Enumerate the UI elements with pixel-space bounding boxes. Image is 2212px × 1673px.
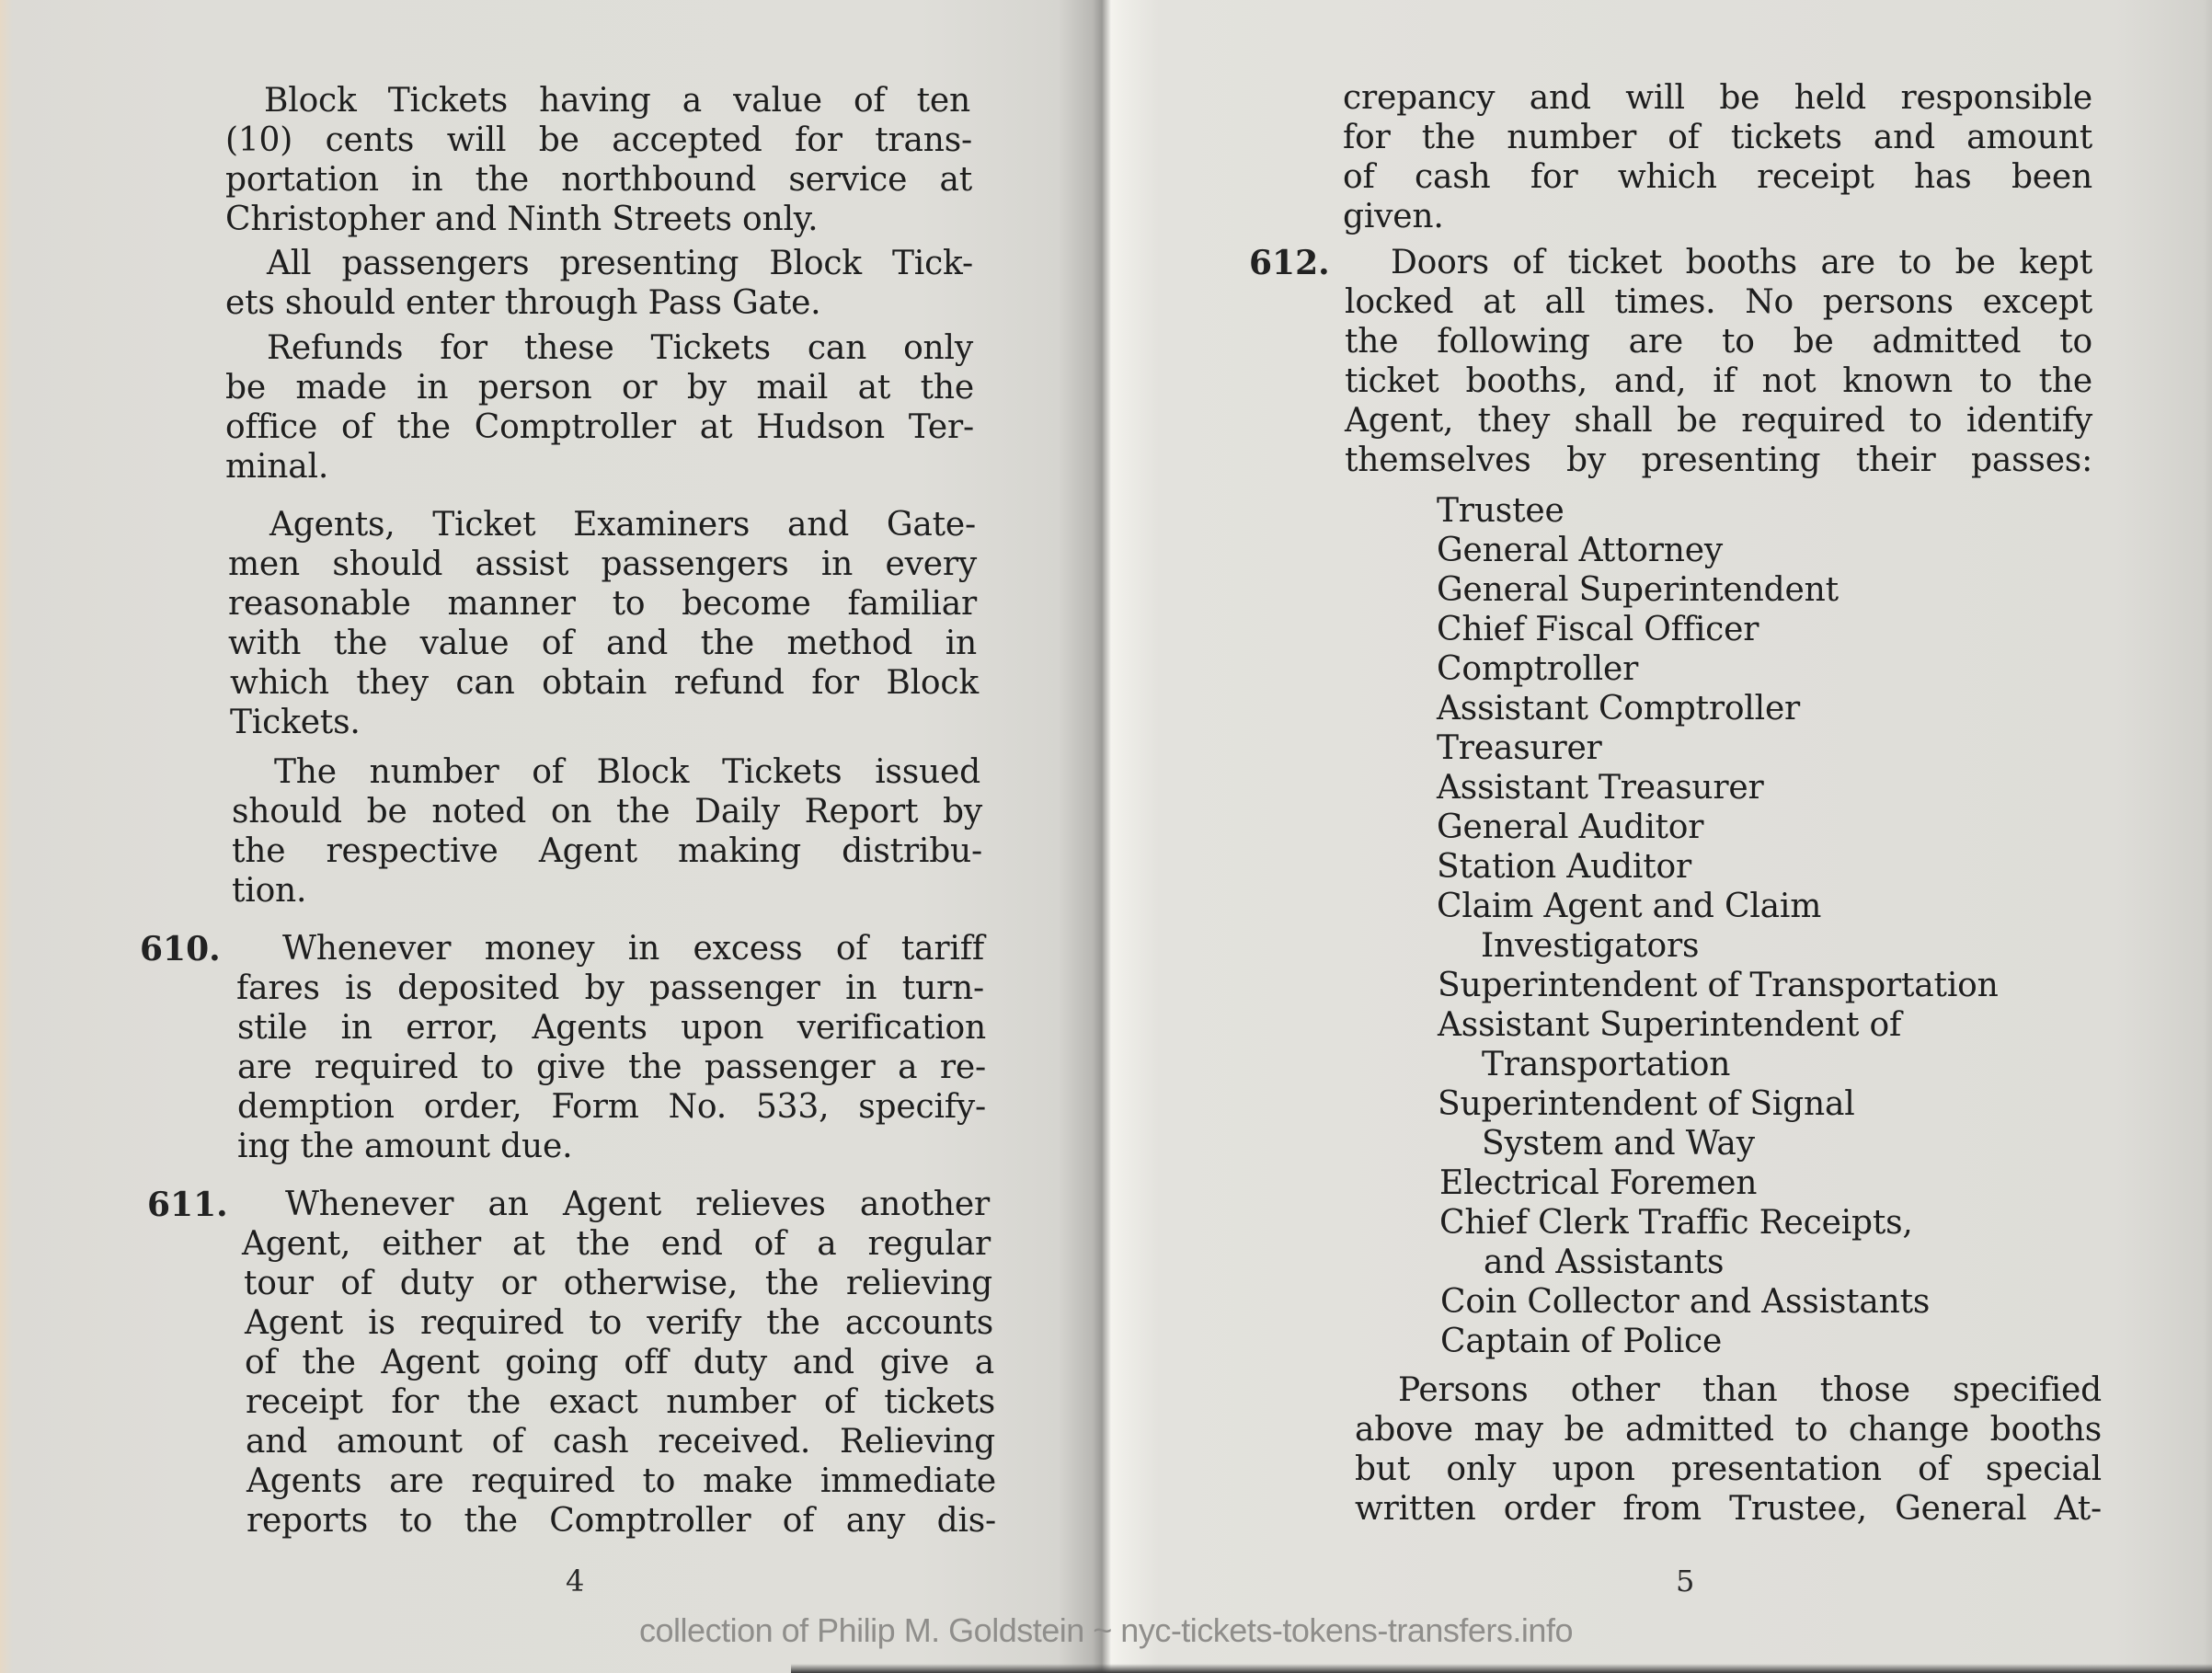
list-item: Assistant Treasurer xyxy=(1437,768,1764,808)
list-item: Assistant Comptroller xyxy=(1437,689,1800,729)
list-item: General Attorney xyxy=(1437,531,1723,571)
text-line: written order from Trustee, General At- xyxy=(1355,1489,2102,1530)
page-number-right: 5 xyxy=(1676,1564,1694,1599)
list-item: Electrical Foremen xyxy=(1439,1163,1757,1204)
text-line: but only upon presentation of special xyxy=(1355,1450,2102,1490)
list-item: General Superintendent xyxy=(1437,570,1839,611)
list-item-continuation: Transportation xyxy=(1482,1045,1730,1085)
rule-number-612: 612. xyxy=(1249,243,1330,283)
book-spread: Block Tickets having a value of ten (10)… xyxy=(0,0,2212,1673)
list-item: Comptroller xyxy=(1437,649,1638,690)
list-item-continuation: and Assistants xyxy=(1484,1243,1724,1283)
text-line: Persons other than those specified xyxy=(1398,1370,2102,1411)
list-item: Assistant Superintendent of xyxy=(1438,1005,1901,1046)
text-line: ticket booths, and, if not known to the xyxy=(1345,361,2092,402)
list-item: Superintendent of Transportation xyxy=(1438,966,1999,1006)
list-item: Chief Clerk Traffic Receipts, xyxy=(1439,1203,1913,1243)
list-item: Chief Fiscal Officer xyxy=(1437,610,1759,650)
collection-watermark: collection of Philip M. Goldstein ~ nyc-… xyxy=(0,1611,2212,1650)
right-page: crepancy and will be held responsible fo… xyxy=(0,0,2212,1673)
list-item: General Auditor xyxy=(1437,808,1703,848)
list-item: Claim Agent and Claim xyxy=(1437,887,1821,927)
book-bottom-edge xyxy=(791,1664,2212,1673)
list-item: Coin Collector and Assistants xyxy=(1440,1282,1930,1323)
text-line: themselves by presenting their passes: xyxy=(1345,441,2092,481)
text-line: the following are to be admitted to xyxy=(1345,322,2092,362)
list-item: Station Auditor xyxy=(1437,847,1691,888)
list-item: Trustee xyxy=(1437,491,1564,532)
text-line: given. xyxy=(1343,197,2092,237)
text-line: of cash for which receipt has been xyxy=(1343,157,2092,198)
list-item: Superintendent of Signal xyxy=(1438,1084,1855,1125)
text-line: crepancy and will be held responsible xyxy=(1343,78,2092,119)
text-line: locked at all times. No persons except xyxy=(1345,282,2092,323)
text-line: above may be admitted to change booths xyxy=(1355,1410,2102,1450)
list-item-continuation: Investigators xyxy=(1481,926,1699,967)
list-item-continuation: System and Way xyxy=(1482,1124,1755,1164)
list-item: Captain of Police xyxy=(1440,1322,1722,1362)
text-line: Doors of ticket booths are to be kept xyxy=(1391,243,2092,283)
text-line: for the number of tickets and amount xyxy=(1343,118,2092,158)
list-item: Treasurer xyxy=(1437,728,1602,769)
text-line: Agent, they shall be required to identif… xyxy=(1345,401,2092,441)
